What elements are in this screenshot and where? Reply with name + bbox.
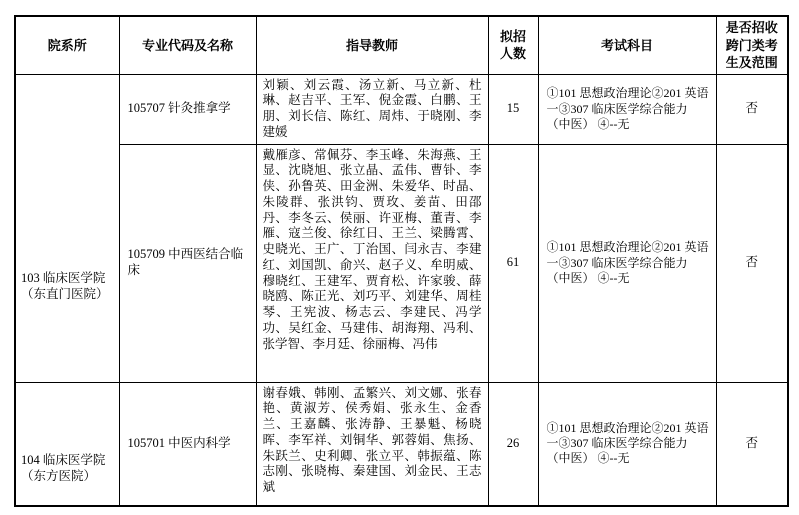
col-header-department: 院系所 xyxy=(15,16,119,74)
col-header-quota: 拟招人数 xyxy=(488,16,538,74)
advisors-cell: 刘颖、刘云霞、汤立新、马立新、杜琳、赵吉平、王军、倪金霞、白鹏、王朋、刘长信、陈… xyxy=(256,74,488,144)
major-cell: 105709 中西医结合临床 xyxy=(119,144,256,382)
col-header-advisors: 指导教师 xyxy=(256,16,488,74)
advisors-cell: 谢春娥、韩刚、孟繁兴、刘文娜、张春艳、黄淑芳、侯秀娟、张永生、金香兰、王嘉麟、张… xyxy=(256,382,488,506)
table-row: 104 临床医学院（东方医院） 105701 中医内科学 谢春娥、韩刚、孟繁兴、… xyxy=(15,382,788,506)
quota-cell: 15 xyxy=(488,74,538,144)
subjects-cell: ①101 思想政治理论②201 英语一③307 临床医学综合能力（中医） ④--… xyxy=(538,74,716,144)
table-row: 105709 中西医结合临床 戴雁彦、常佩芬、李玉峰、朱海燕、王显、沈晓旭、张立… xyxy=(15,144,788,382)
major-cell: 105707 针灸推拿学 xyxy=(119,74,256,144)
document-page: 院系所 专业代码及名称 指导教师 拟招人数 考试科目 是否招收跨门类考生及范围 … xyxy=(0,0,799,515)
quota-cell: 26 xyxy=(488,382,538,506)
department-cell-103: 103 临床医学院（东直门医院） xyxy=(15,74,119,382)
cross-category-cell: 否 xyxy=(716,144,788,382)
quota-cell: 61 xyxy=(488,144,538,382)
advisors-cell: 戴雁彦、常佩芬、李玉峰、朱海燕、王显、沈晓旭、张立晶、孟伟、曹钋、李侠、孙鲁英、… xyxy=(256,144,488,382)
subjects-cell: ①101 思想政治理论②201 英语一③307 临床医学综合能力（中医） ④--… xyxy=(538,382,716,506)
col-header-subjects: 考试科目 xyxy=(538,16,716,74)
cross-category-cell: 否 xyxy=(716,382,788,506)
department-cell-104: 104 临床医学院（东方医院） xyxy=(15,382,119,506)
cross-category-cell: 否 xyxy=(716,74,788,144)
header-row: 院系所 专业代码及名称 指导教师 拟招人数 考试科目 是否招收跨门类考生及范围 xyxy=(15,16,788,74)
col-header-major: 专业代码及名称 xyxy=(119,16,256,74)
col-header-cross: 是否招收跨门类考生及范围 xyxy=(716,16,788,74)
major-cell: 105701 中医内科学 xyxy=(119,382,256,506)
table-row: 103 临床医学院（东直门医院） 105707 针灸推拿学 刘颖、刘云霞、汤立新… xyxy=(15,74,788,144)
admissions-table: 院系所 专业代码及名称 指导教师 拟招人数 考试科目 是否招收跨门类考生及范围 … xyxy=(14,15,789,507)
subjects-cell: ①101 思想政治理论②201 英语一③307 临床医学综合能力（中医） ④--… xyxy=(538,144,716,382)
